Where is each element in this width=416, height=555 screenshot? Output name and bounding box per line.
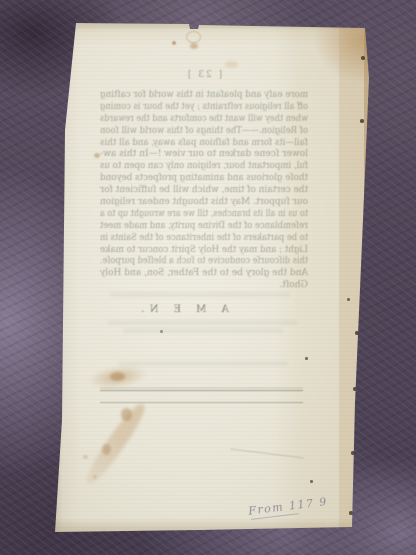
svg-text:when they will want the comfor: when they will want the comforts and the… — [100, 113, 308, 124]
stab-hole — [360, 119, 364, 123]
streak-dark-spot — [121, 408, 132, 421]
page-number: [ 23 ] — [100, 70, 308, 88]
svg-text:of Religion.——The things of th: of Religion.——The things of this world w… — [100, 125, 308, 136]
svg-text:reſemblance of the Divine puri: reſemblance of the Divine purity, and ma… — [100, 220, 308, 231]
svg-text:Light ; and may the Holy Spiri: Light ; and may the Holy Spirit concur t… — [100, 244, 308, 255]
svg-text:more eaſy and pleaſant in this: more eaſy and pleaſant in this world for… — [100, 89, 308, 100]
svg-text:ful, important hour, religion: ful, important hour, religion only can o… — [100, 160, 308, 171]
ring-stain — [186, 31, 201, 43]
svg-text:to be partakers of the inherit: to be partakers of the inheritance of th… — [100, 232, 308, 243]
foxing-spot — [190, 43, 198, 49]
svg-text:lower ſcene darken to our view: lower ſcene darken to our view !—In this… — [100, 148, 308, 159]
foxing-spot — [172, 41, 176, 45]
horizontal-rule-upper — [100, 390, 303, 391]
showthrough-text-block: [ 23 ] more eaſy and pleaſant in this wo… — [100, 70, 308, 380]
svg-text:Ghoſt.: Ghoſt. — [279, 279, 308, 290]
ink-speck — [160, 330, 163, 333]
tan-blotch-core — [110, 372, 125, 381]
foxing-spot — [225, 61, 238, 68]
stab-hole — [361, 56, 365, 60]
ghost-text-line — [108, 320, 298, 325]
foxing-spot — [94, 153, 100, 158]
svg-text:the certain of time, which wil: the certain of time, which will be ſuffi… — [99, 184, 308, 195]
svg-text:And the glory be to the Father: And the glory be to the Father, Son, and… — [99, 267, 309, 278]
svg-text:this diſcourſe conducive to ſu: this diſcourſe conducive to ſuch a bleſſ… — [100, 255, 308, 266]
svg-text:fail—its form and faſhion paſs: fail—its form and faſhion paſs away, and… — [100, 137, 308, 148]
foxing-spot — [83, 455, 88, 459]
ink-speck — [310, 480, 313, 483]
amen-line: A M E N. — [78, 304, 286, 315]
svg-text:to us in all its branches, til: to us in all its branches, till we are w… — [100, 208, 308, 219]
paper-crease — [230, 448, 304, 458]
svg-text:thoſe glorious and animating p: thoſe glorious and animating proſpects b… — [100, 172, 308, 183]
svg-text:off all religious reſtraints ;: off all religious reſtraints ; yet the h… — [100, 101, 308, 112]
ghost-text-line — [118, 361, 288, 366]
ink-speck — [347, 298, 350, 301]
horizontal-rule-lower — [100, 402, 303, 403]
photograph: [ 23 ] more eaſy and pleaſant in this wo… — [0, 0, 416, 555]
streak-dark-spot — [102, 444, 111, 455]
diagonal-streak-stain — [81, 400, 150, 488]
ghost-text-line — [110, 292, 290, 297]
ink-speck — [305, 357, 308, 360]
foxing-spot — [93, 475, 97, 479]
svg-text:our ſupport. May this thought: our ſupport. May this thought endear rel… — [100, 196, 308, 207]
pencil-inscription: From 117 9 — [248, 491, 359, 517]
text-lines: more eaſy and pleaſant in this world for… — [100, 88, 308, 290]
ghost-text-line — [123, 328, 283, 333]
pamphlet-leaf: [ 23 ] more eaſy and pleaſant in this wo… — [55, 23, 369, 532]
